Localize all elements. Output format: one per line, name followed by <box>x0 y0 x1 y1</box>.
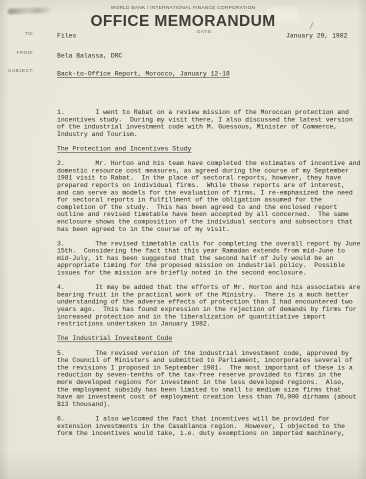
scanned-memo-viewport: WORLD BANK / INTERNATIONAL FINANCE CORPO… <box>0 0 366 479</box>
paragraph-1: 1. I went to Rabat on a review mission o… <box>57 109 366 138</box>
to-label: TO: <box>0 31 34 37</box>
memo-title: OFFICE MEMORANDUM <box>0 12 366 30</box>
section-heading-industrial-investment-code: The Industrial Investment Code <box>57 335 366 342</box>
from-value: Bela Balassa, DRC <box>57 52 122 60</box>
subject-value: Back-to-Office Report, Morocco, January … <box>57 70 230 78</box>
organization-line: WORLD BANK / INTERNATIONAL FINANCE CORPO… <box>0 5 366 11</box>
memo-page: WORLD BANK / INTERNATIONAL FINANCE CORPO… <box>0 0 366 479</box>
from-label: FROM: <box>0 50 34 56</box>
section-heading-protection-incentives-study: The Protection and Incentives Study <box>57 145 366 152</box>
to-value: Files <box>57 32 76 40</box>
paragraph-3: 3. The revised timetable calls for compl… <box>57 240 366 276</box>
paragraph-6: 6. I also welcomed the fact that incenti… <box>57 415 366 437</box>
paragraph-4: 4. It may be added that the efforts of M… <box>57 284 366 328</box>
date-label: DATE: <box>197 29 252 35</box>
date-value: January 29, 1982 <box>286 32 347 40</box>
paragraph-2: 2. Mr. Horton and his team have complete… <box>57 160 366 233</box>
memo-body: 1. I went to Rabat on a review mission o… <box>57 109 366 445</box>
paragraph-5: 5. The revised version of the industrial… <box>57 350 366 408</box>
subject-label: SUBJECT: <box>0 68 34 74</box>
